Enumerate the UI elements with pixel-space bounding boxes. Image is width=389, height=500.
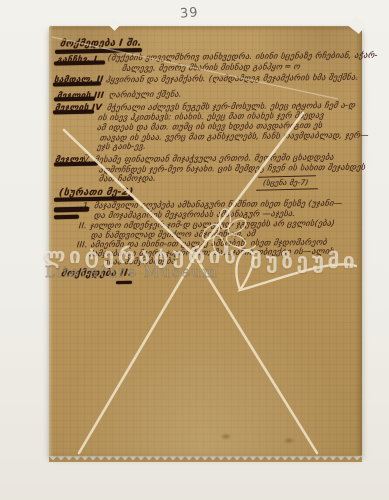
ink-underline [116,281,132,284]
act-heading: მოქმედება I ში. [59,39,142,49]
handwriting-line: ჰყვირიან და მეჯამქარს. (ღამდამდეგ მეჯამქ… [105,73,359,85]
handwriting-line: ღარიბული ქშენა. [108,90,182,100]
page-number: 39 [179,5,199,22]
handwriting-line: მალევე. მეორე მხარის მისნად განჰყო ═ ო [121,62,300,73]
handwriting-line: ეჯს გაიხ-ევ. [96,142,146,152]
ink-strike [54,97,95,102]
ink-strike [54,60,105,65]
paper-blemish [283,437,295,444]
handwriting-line: მათ ჩამოჯდა. [98,174,156,184]
ink-strike [54,207,89,212]
scanned-manuscript: 39 მოქმედება I ში. განჩხვ. I სამდალ. II … [0,0,389,500]
handwriting-line: (შუქების ყოველმხრივ თანხვედრა. ისინი სცე… [107,51,378,63]
ink-strike [53,110,94,114]
ink-strike [54,215,79,220]
ink-strike [53,81,101,86]
ink-strike [54,162,98,166]
scene-note: (სცენა მე-7) [262,178,309,187]
scene-note-underline [256,188,318,191]
paper-blemish [220,433,232,440]
watermark-georgian-right: მუზეუმი [250,249,358,273]
watermark-latin: Literature Museum [45,263,218,281]
